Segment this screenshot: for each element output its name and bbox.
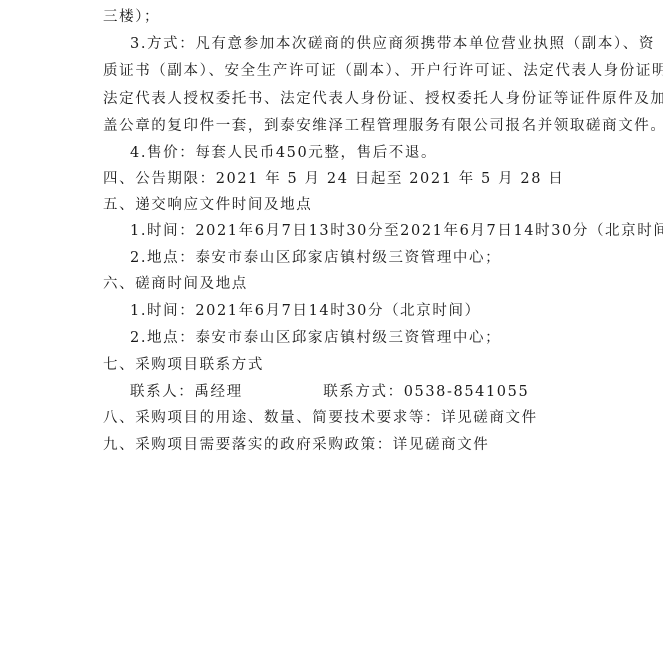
section-heading-negotiation: 六、磋商时间及地点: [103, 274, 573, 294]
section-heading-policy: 九、采购项目需要落实的政府采购政策：详见磋商文件: [103, 435, 573, 455]
text-line-method: 3.方式：凡有意参加本次磋商的供应商须携带本单位营业执照（副本）、资: [130, 34, 600, 54]
section-heading-submission: 五、递交响应文件时间及地点: [103, 195, 573, 215]
section-heading-announcement-period: 四、公告期限：2021 年 5 月 24 日起至 2021 年 5 月 28 日: [103, 169, 573, 189]
text-line-negotiation-time: 1.时间：2021年6月7日14时30分（北京时间）: [130, 301, 600, 321]
section-heading-purpose: 八、采购项目的用途、数量、简要技术要求等：详见磋商文件: [103, 408, 573, 428]
section-heading-contact: 七、采购项目联系方式: [103, 355, 573, 375]
text-line-continuation-floor: 三楼）；: [103, 7, 573, 27]
text-line-contact-info: 联系人：禹经理 联系方式：0538-8541055: [130, 382, 600, 402]
text-line-method-cont-1: 质证书（副本）、安全生产许可证（副本）、开户行许可证、法定代表人身份证明、: [103, 61, 573, 81]
text-line-submission-location: 2.地点：泰安市泰山区邱家店镇村级三资管理中心；: [130, 248, 600, 268]
text-line-submission-time: 1.时间：2021年6月7日13时30分至2021年6月7日14时30分（北京时…: [130, 221, 600, 241]
text-line-method-cont-3: 盖公章的复印件一套，到泰安维泽工程管理服务有限公司报名并领取磋商文件。: [103, 116, 573, 136]
text-line-negotiation-location: 2.地点：泰安市泰山区邱家店镇村级三资管理中心；: [130, 328, 600, 348]
text-line-price: 4.售价：每套人民币450元整，售后不退。: [130, 143, 600, 163]
text-line-method-cont-2: 法定代表人授权委托书、法定代表人身份证、授权委托人身份证等证件原件及加: [103, 89, 573, 109]
document-page: 三楼）； 3.方式：凡有意参加本次磋商的供应商须携带本单位营业执照（副本）、资 …: [0, 0, 663, 659]
